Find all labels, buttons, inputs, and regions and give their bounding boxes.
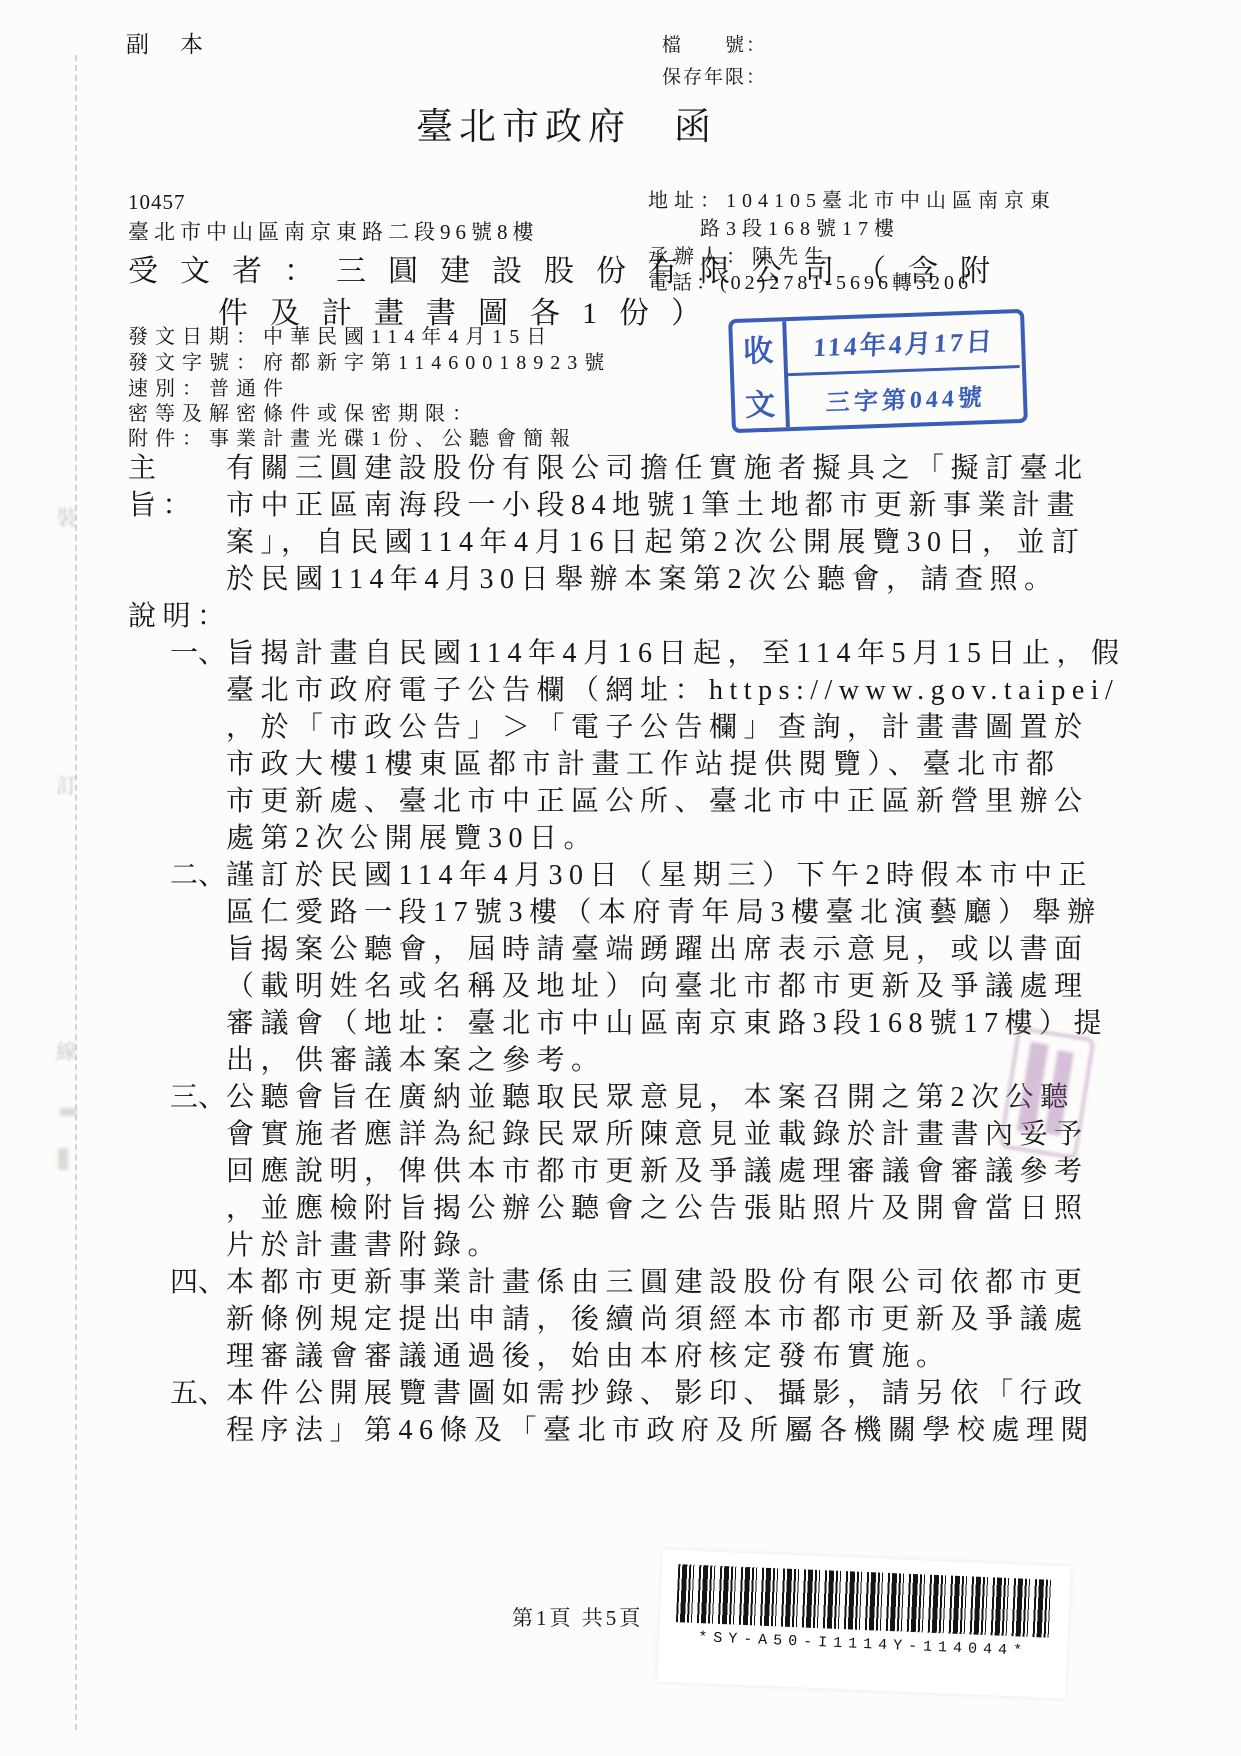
file-number-label: 檔 號： bbox=[662, 35, 767, 56]
sender-address-line1: 地址：104105臺北市中山區南京東 bbox=[648, 184, 1056, 213]
retention-label: 保存年限： bbox=[662, 67, 767, 88]
barcode-icon bbox=[676, 1564, 1054, 1638]
recipient-address: 臺北市中山區南京東路二段96號8樓 bbox=[128, 216, 539, 246]
item-number: 三、 bbox=[170, 1079, 226, 1116]
item-text: 公聽會旨在廣納並聽取民眾意見，本案召開之第2次公聽 會實施者應詳為紀錄民眾所陳意… bbox=[226, 1079, 1089, 1264]
item-number: 五、 bbox=[170, 1375, 226, 1412]
item-text: 旨揭計畫自民國114年4月16日起，至114年5月15日止，假 臺北市政府電子公… bbox=[226, 635, 1125, 857]
binding-dashed-line bbox=[75, 55, 77, 1730]
item-text: 謹訂於民國114年4月30日（星期三）下午2時假本市中正 區仁愛路一段17號3樓… bbox=[226, 857, 1108, 1079]
sender-address-line2: 路3段168號17樓 bbox=[700, 212, 900, 241]
subject-text: 有關三圓建設股份有限公司擔任實施者擬具之「擬訂臺北 市中正區南海段一小段84地號… bbox=[226, 450, 1089, 598]
binding-mark-xian: 線 bbox=[56, 1036, 77, 1066]
ink-smudge bbox=[58, 1148, 68, 1170]
item-number: 二、 bbox=[170, 857, 226, 894]
stamp-char-shou: 收 bbox=[742, 326, 774, 371]
copy-label: 副 本 bbox=[126, 26, 207, 59]
scanned-official-letter: 裝 訂 線 副 本 檔 號：保存年限： 臺北市政府 函 10457 臺北市中山區… bbox=[0, 0, 1241, 1756]
receipt-stamp-number: 三字第044號 bbox=[788, 367, 1024, 427]
attachments-line: 附件：事業計畫光碟1份、公聽會簡報 bbox=[128, 422, 577, 451]
contact-person: 承辦人：陳先生 bbox=[648, 240, 830, 269]
receipt-stamp-date: 114年4月17日 bbox=[786, 313, 1023, 376]
receipt-stamp-fields: 114年4月17日 三字第044號 bbox=[786, 313, 1024, 427]
subject-label: 主旨： bbox=[128, 450, 226, 524]
item-number: 一、 bbox=[170, 635, 226, 672]
recipient-postal-code: 10457 bbox=[128, 190, 186, 215]
binding-mark-ding: 訂 bbox=[56, 770, 77, 800]
stamp-char-wen: 文 bbox=[744, 380, 776, 425]
issue-number: 發文字號：府都新字第11460018923號 bbox=[128, 346, 611, 375]
explanation-item-4: 四、 本都市更新事業計畫係由三圓建設股份有限公司依都市更 新條例規定提出申請，後… bbox=[170, 1264, 1168, 1375]
subject-section: 主旨： 有關三圓建設股份有限公司擔任實施者擬具之「擬訂臺北 市中正區南海段一小段… bbox=[128, 450, 1168, 598]
item-text: 本都市更新事業計畫係由三圓建設股份有限公司依都市更 新條例規定提出申請，後續尚須… bbox=[226, 1264, 1089, 1375]
letter-body: 主旨： 有關三圓建設股份有限公司擔任實施者擬具之「擬訂臺北 市中正區南海段一小段… bbox=[128, 450, 1168, 1449]
ink-smudge bbox=[60, 1108, 76, 1116]
explanation-label: 說明： bbox=[128, 598, 1168, 635]
document-title: 臺北市政府 函 bbox=[416, 96, 717, 150]
item-number: 四、 bbox=[170, 1264, 226, 1301]
explanation-item-5: 五、 本件公開展覽書圖如需抄錄、影印、攝影，請另依「行政 程序法」第46條及「臺… bbox=[170, 1375, 1168, 1449]
issue-date: 發文日期：中華民國114年4月15日 bbox=[128, 320, 553, 349]
contact-phone: 電話：(02)2781-5696轉3206 bbox=[648, 266, 972, 295]
file-number-block: 檔 號：保存年限： bbox=[662, 30, 767, 94]
binding-mark-zhuang: 裝 bbox=[56, 502, 77, 532]
receipt-stamp: 收 文 114年4月17日 三字第044號 bbox=[728, 309, 1028, 433]
explanation-items: 一、 旨揭計畫自民國114年4月16日起，至114年5月15日止，假 臺北市政府… bbox=[128, 635, 1168, 1449]
item-text: 本件公開展覽書圖如需抄錄、影印、攝影，請另依「行政 程序法」第46條及「臺北市政… bbox=[226, 1375, 1095, 1449]
receipt-stamp-label: 收 文 bbox=[732, 321, 790, 429]
barcode-sticker: *SY-A50-I1114Y-114044* bbox=[657, 1550, 1070, 1699]
page-number: 第1頁 共5頁 bbox=[512, 1602, 643, 1632]
explanation-item-1: 一、 旨揭計畫自民國114年4月16日起，至114年5月15日止，假 臺北市政府… bbox=[170, 635, 1168, 857]
